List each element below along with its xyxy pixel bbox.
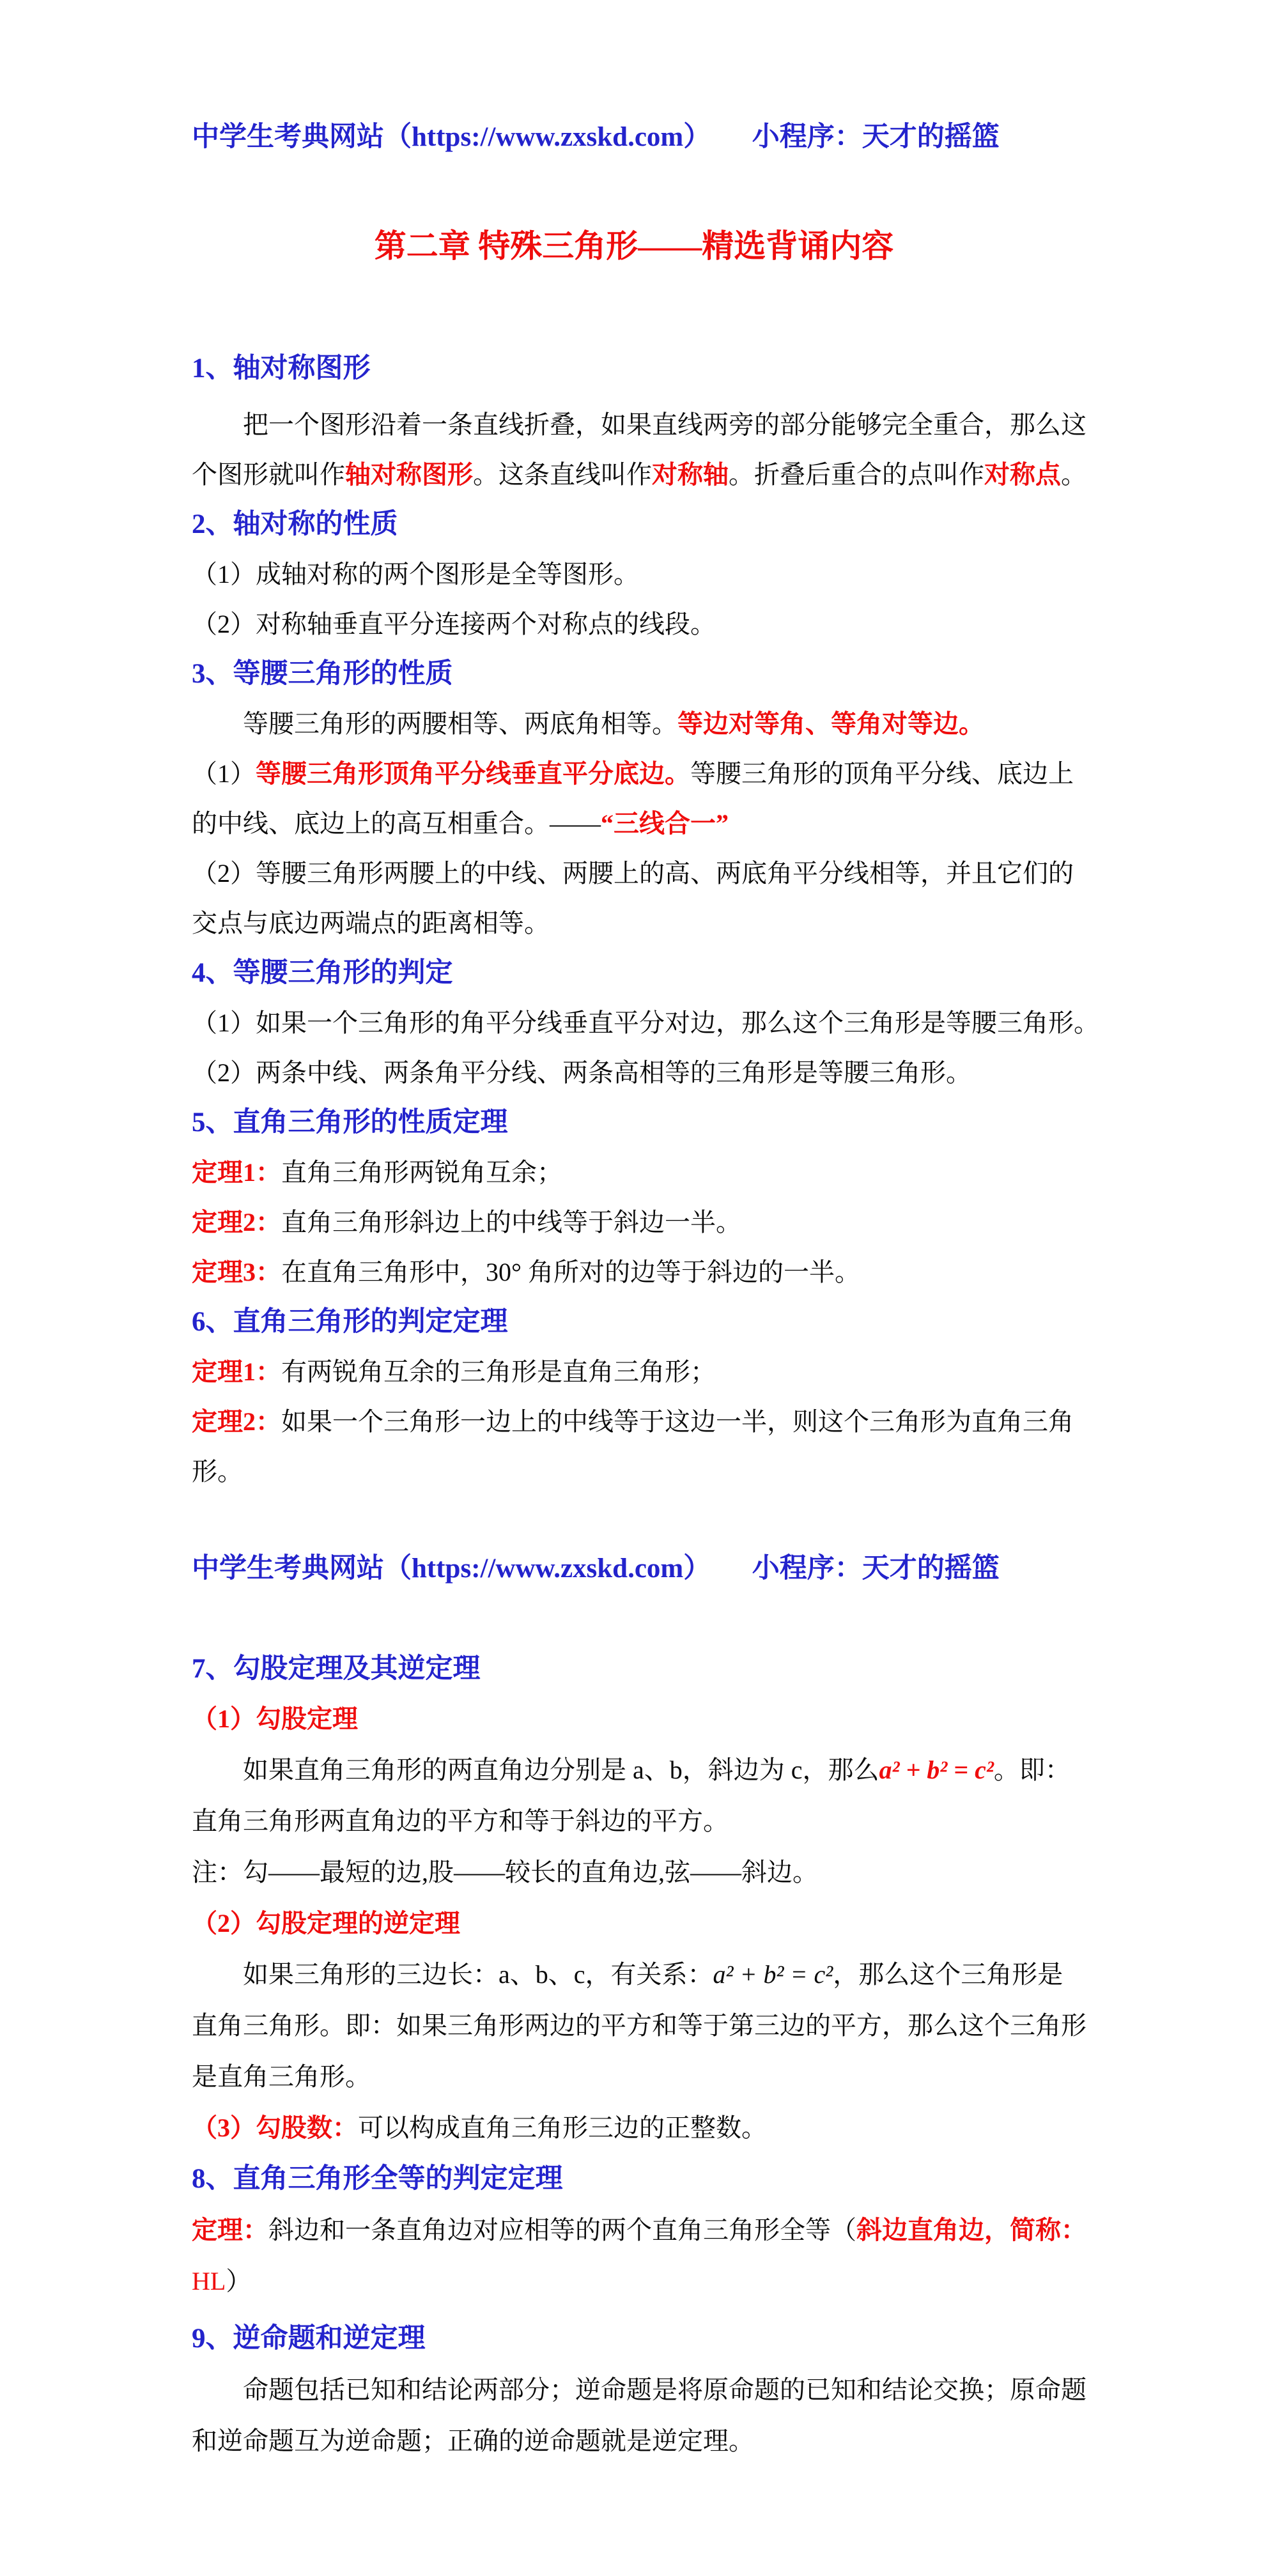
theorem-label: 定理1： xyxy=(192,1357,281,1386)
section-4-heading: 4、等腰三角形的判定 xyxy=(192,948,1202,999)
text-segment: 。折叠后重合的点叫作 xyxy=(729,460,984,489)
s4-item-2: （2）两条中线、两条角平分线、两条高相等的三角形是等腰三角形。 xyxy=(192,1047,1202,1099)
red-term-axis-of-symmetry: 对称轴 xyxy=(652,460,729,489)
section-1-heading: 1、轴对称图形 xyxy=(192,343,1202,394)
s6-theorem-2-line2: 形。 xyxy=(192,1446,1202,1497)
s7-subheading-2: （2）勾股定理的逆定理 xyxy=(192,1898,1202,1949)
theorem-label: 定理1： xyxy=(192,1158,281,1187)
s7-pythagoras-line2: 直角三角形两直角边的平方和等于斜边的平方。 xyxy=(192,1796,1202,1847)
s3-item-1-line2: 的中线、底边上的高互相重合。——“三线合一” xyxy=(192,798,1202,849)
s2-item-2: （2）对称轴垂直平分连接两个对称点的线段。 xyxy=(192,599,1202,650)
red-emphasis-three-lines-in-one: “三线合一” xyxy=(601,809,729,838)
theorem-text: 斜边和一条直角边对应相等的两个直角三角形全等（ xyxy=(268,2216,856,2244)
red-emphasis-equal-sides-angles: 等边对等角、等角对等边。 xyxy=(677,709,984,738)
s7-pythagoras-line1: 如果直角三角形的两直角边分别是 a、b，斜边为 c，那么a² + b² = c²… xyxy=(192,1745,1253,1796)
s2-item-1: （1）成轴对称的两个图形是全等图形。 xyxy=(192,549,1202,600)
theorem-label: 定理2： xyxy=(192,1208,281,1237)
text-segment: 。 xyxy=(1061,460,1086,489)
s3-intro-line: 等腰三角形的两腰相等、两底角相等。等边对等角、等角对等边。 xyxy=(192,698,1253,750)
text-segment: （1） xyxy=(192,759,256,788)
s3-item-2-line1: （2）等腰三角形两腰上的中线、两腰上的高、两底角平分线相等，并且它们的 xyxy=(192,848,1202,899)
text-segment: 的中线、底边上的高互相重合。—— xyxy=(192,809,601,838)
theorem-text: 有两锐角互余的三角形是直角三角形； xyxy=(281,1357,716,1386)
theorem-text: 在直角三角形中，30° 角所对的边等于斜边的一半。 xyxy=(281,1258,860,1286)
section-5-heading: 5、直角三角形的性质定理 xyxy=(192,1097,1202,1148)
s7-subheading-1: （1）勾股定理 xyxy=(192,1693,1202,1745)
theorem-label: 定理： xyxy=(192,2216,268,2244)
s6-theorem-2-line1: 定理2：如果一个三角形一边上的中线等于这边一半，则这个三角形为直角三角 xyxy=(192,1396,1202,1447)
red-emphasis-hl-name: 斜边直角边，简称： xyxy=(856,2216,1086,2244)
section-7-heading: 7、勾股定理及其逆定理 xyxy=(192,1644,1202,1695)
section-2-heading: 2、轴对称的性质 xyxy=(192,499,1202,550)
s4-item-1: （1）如果一个三角形的角平分线垂直平分对边，那么这个三角形是等腰三角形。 xyxy=(192,998,1202,1049)
section-3-heading: 3、等腰三角形的性质 xyxy=(192,649,1202,700)
text-segment: 。即： xyxy=(994,1755,1071,1784)
s8-theorem-line2: HL） xyxy=(192,2256,1202,2307)
s8-theorem-line1: 定理：斜边和一条直角边对应相等的两个直角三角形全等（斜边直角边，简称： xyxy=(192,2205,1202,2256)
red-term-symmetric-point: 对称点 xyxy=(984,460,1061,489)
text-segment: 如果三角形的三边长：a、b、c，有关系： xyxy=(243,1960,713,1989)
section-9-heading: 9、逆命题和逆定理 xyxy=(192,2313,1202,2364)
site-header-repeat: 中学生考典网站（https://www.zxskd.com） 小程序：天才的摇篮 xyxy=(192,1543,1202,1594)
theorem-label: 定理3： xyxy=(192,1258,281,1286)
theorem-text: 直角三角形斜边上的中线等于斜边一半。 xyxy=(281,1208,741,1237)
theorem-text: 如果一个三角形一边上的中线等于这边一半，则这个三角形为直角三角 xyxy=(281,1407,1074,1436)
text-segment: 等腰三角形的顶角平分线、底边上 xyxy=(690,759,1074,788)
section-8-heading: 8、直角三角形全等的判定定理 xyxy=(192,2154,1202,2205)
red-emphasis-vertex-bisector: 等腰三角形顶角平分线垂直平分底边。 xyxy=(256,759,690,788)
s5-theorem-1: 定理1：直角三角形两锐角互余； xyxy=(192,1147,1202,1198)
s5-theorem-3: 定理3：在直角三角形中，30° 角所对的边等于斜边的一半。 xyxy=(192,1247,1202,1298)
theorem-text: 直角三角形两锐角互余； xyxy=(281,1158,562,1187)
text-segment: 可以构成直角三角形三边的正整数。 xyxy=(358,2113,767,2142)
s9-paragraph-line1: 命题包括已知和结论两部分；逆命题是将原命题的已知和结论交换；原命题 xyxy=(192,2364,1253,2416)
site-header: 中学生考典网站（https://www.zxskd.com） 小程序：天才的摇篮 xyxy=(192,112,1202,163)
s6-theorem-1: 定理1：有两锐角互余的三角形是直角三角形； xyxy=(192,1346,1202,1398)
chapter-title: 第二章 特殊三角形——精选背诵内容 xyxy=(0,220,1268,272)
s9-paragraph-line2: 和逆命题互为逆命题；正确的逆命题就是逆定理。 xyxy=(192,2416,1202,2467)
s7-subheading-3: （3）勾股数：可以构成直角三角形三边的正整数。 xyxy=(192,2102,1202,2154)
text-segment: 个图形就叫作 xyxy=(192,460,345,489)
theorem-label: 定理2： xyxy=(192,1407,281,1436)
section-6-heading: 6、直角三角形的判定定理 xyxy=(192,1297,1202,1348)
text-segment: 如果直角三角形的两直角边分别是 a、b，斜边为 c，那么 xyxy=(243,1755,879,1784)
red-term-axial-symmetric-figure: 轴对称图形 xyxy=(345,460,473,489)
s3-item-1-line1: （1）等腰三角形顶角平分线垂直平分底边。等腰三角形的顶角平分线、底边上 xyxy=(192,748,1202,799)
s1-paragraph-line2: 个图形就叫作轴对称图形。这条直线叫作对称轴。折叠后重合的点叫作对称点。 xyxy=(192,449,1202,500)
s7-note-line: 注：勾——最短的边,股——较长的直角边,弦——斜边。 xyxy=(192,1847,1202,1898)
red-abbreviation-hl: HL xyxy=(192,2267,226,2295)
s7-converse-line1: 如果三角形的三边长：a、b、c，有关系：a² + b² = c²，那么这个三角形… xyxy=(192,1949,1253,2000)
s3-item-2-line2: 交点与底边两端点的距离相等。 xyxy=(192,898,1202,949)
s7-converse-line3: 是直角三角形。 xyxy=(192,2051,1202,2102)
text-segment: ，那么这个三角形是 xyxy=(833,1960,1063,1989)
text-segment: 。这条直线叫作 xyxy=(473,460,652,489)
s1-paragraph-line1: 把一个图形沿着一条直线折叠，如果直线两旁的部分能够完全重合，那么这 xyxy=(192,399,1253,451)
formula-pythagorean-black: a² + b² = c² xyxy=(713,1960,833,1989)
document-page: 中学生考典网站（https://www.zxskd.com） 小程序：天才的摇篮… xyxy=(0,0,1268,2576)
text-segment: ） xyxy=(226,2267,251,2295)
formula-pythagorean-red: a² + b² = c² xyxy=(879,1755,994,1784)
s5-theorem-2: 定理2：直角三角形斜边上的中线等于斜边一半。 xyxy=(192,1197,1202,1248)
text-segment: 等腰三角形的两腰相等、两底角相等。 xyxy=(243,709,677,738)
s7-converse-line2: 直角三角形。即：如果三角形两边的平方和等于第三边的平方，那么这个三角形 xyxy=(192,2000,1202,2051)
red-label-pythagorean-triples: （3）勾股数： xyxy=(192,2113,358,2142)
